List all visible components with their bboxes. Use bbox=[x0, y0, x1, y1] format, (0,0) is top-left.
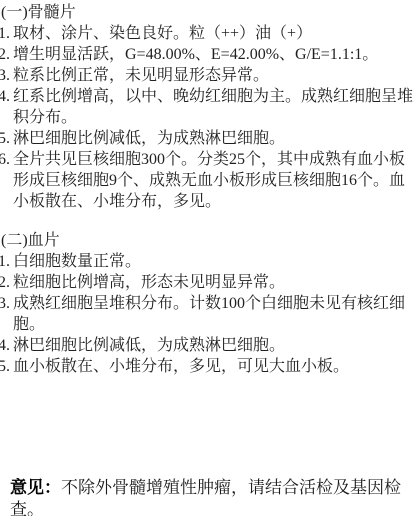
report-item: 1.取材、涂片、染色良好。粒（++）油（+） bbox=[0, 23, 413, 44]
item-text: 取材、涂片、染色良好。粒（++）油（+） bbox=[13, 25, 312, 42]
item-number: 1. bbox=[0, 23, 13, 44]
report-item: 2.增生明显活跃，G=48.00%、E=42.00%、G/E=1.1:1。 bbox=[0, 44, 413, 65]
item-number: 3. bbox=[0, 65, 13, 86]
item-text: 白细胞数量正常。 bbox=[13, 253, 141, 270]
section-heading-blood-smear: (二)血片 bbox=[0, 230, 413, 251]
item-text: 血小板散在、小堆分布，多见，可见大血小板。 bbox=[13, 358, 349, 375]
item-number: 2. bbox=[0, 44, 13, 65]
report-item: 4.红系比例增高，以中、晚幼红细胞为主。成熟红细胞呈堆积分布。 bbox=[0, 86, 413, 128]
report-item: 3.成熟红细胞呈堆积分布。计数100个白细胞未见有核红细胞。 bbox=[0, 293, 413, 335]
item-number: 3. bbox=[0, 293, 13, 314]
section-heading-bone-marrow: (一)骨髓片 bbox=[0, 2, 413, 23]
report-item: 2.粒细胞比例增高，形态未见明显异常。 bbox=[0, 272, 413, 293]
item-number: 6. bbox=[0, 149, 13, 170]
item-number: 5. bbox=[0, 356, 13, 377]
item-number: 2. bbox=[0, 272, 13, 293]
item-number: 4. bbox=[0, 86, 13, 107]
item-number: 4. bbox=[0, 335, 13, 356]
item-text: 粒系比例正常，未见明显形态异常。 bbox=[13, 67, 269, 84]
section-blood-smear: (二)血片 1.白细胞数量正常。 2.粒细胞比例增高，形态未见明显异常。 3.成… bbox=[0, 230, 413, 377]
section-bone-marrow: (一)骨髓片 1.取材、涂片、染色良好。粒（++）油（+） 2.增生明显活跃，G… bbox=[0, 2, 413, 212]
report-item: 4.淋巴细胞比例减低，为成熟淋巴细胞。 bbox=[0, 335, 413, 356]
item-text: 粒细胞比例增高，形态未见明显异常。 bbox=[13, 274, 285, 291]
report-item: 6.全片共见巨核细胞300个。分类25个，其中成熟有血小板形成巨核细胞9个、成熟… bbox=[0, 149, 413, 212]
item-number: 1. bbox=[0, 251, 13, 272]
item-text: 增生明显活跃，G=48.00%、E=42.00%、G/E=1.1:1。 bbox=[13, 46, 378, 63]
item-text: 淋巴细胞比例减低，为成熟淋巴细胞。 bbox=[13, 337, 285, 354]
report-item: 5.淋巴细胞比例减低，为成熟淋巴细胞。 bbox=[0, 128, 413, 149]
item-text: 红系比例增高，以中、晚幼红细胞为主。成熟红细胞呈堆积分布。 bbox=[13, 88, 413, 126]
item-text: 成熟红细胞呈堆积分布。计数100个白细胞未见有核红细胞。 bbox=[13, 295, 405, 333]
opinion-label: 意见： bbox=[10, 478, 61, 497]
opinion-text: 不除外骨髓增殖性肿瘤，请结合活检及基因检查。 bbox=[10, 478, 401, 516]
item-text: 淋巴细胞比例减低，为成熟淋巴细胞。 bbox=[13, 130, 285, 147]
report-item: 5.血小板散在、小堆分布，多见，可见大血小板。 bbox=[0, 356, 413, 377]
opinion-line: 意见：不除外骨髓增殖性肿瘤，请结合活检及基因检查。 bbox=[0, 477, 413, 516]
item-text: 全片共见巨核细胞300个。分类25个，其中成熟有血小板形成巨核细胞9个、成熟无血… bbox=[13, 151, 405, 210]
report-document: (一)骨髓片 1.取材、涂片、染色良好。粒（++）油（+） 2.增生明显活跃，G… bbox=[0, 0, 413, 516]
report-item: 1.白细胞数量正常。 bbox=[0, 251, 413, 272]
report-item: 3.粒系比例正常，未见明显形态异常。 bbox=[0, 65, 413, 86]
item-number: 5. bbox=[0, 128, 13, 149]
